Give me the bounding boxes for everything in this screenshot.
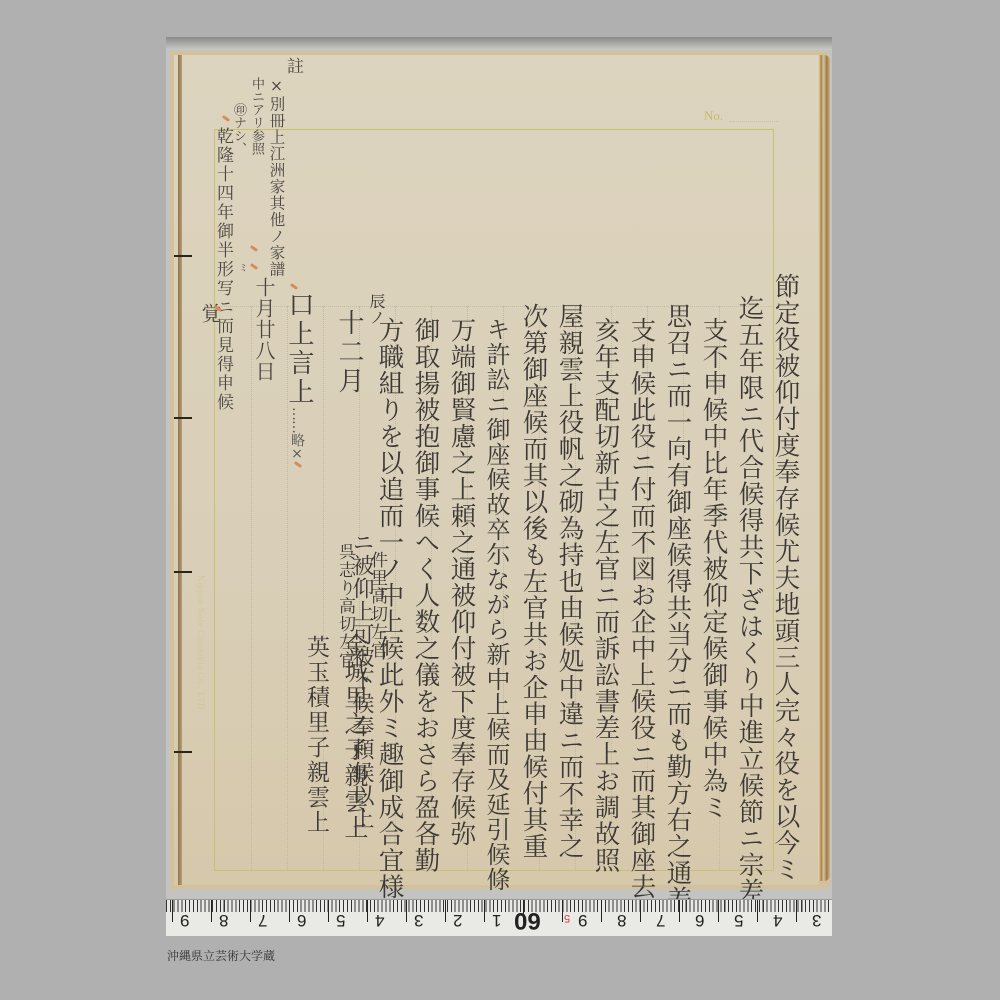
ruler-major-tick [796,900,797,922]
ruler-number: 8 [219,910,228,930]
manuscript-photo: No. Nippon Note Columbia Co., LTD. [166,37,832,935]
text-column: 次第御座候而其以後も左官共お企申由候付其重 [520,303,546,860]
ruler-number: 9 [180,910,189,930]
ruler-major-tick [601,900,602,922]
ruler-number: 3 [414,910,423,930]
page-number-line [729,121,779,122]
collection-caption: 沖縄県立芸術大学蔵 [167,947,275,964]
ruler-number: 7 [656,910,665,930]
binding-spine [178,55,182,885]
text-column: 方職組りを以追而一ノ中上候此外ミ趣御成合宜様 [376,317,402,900]
month: 十二月 [336,309,362,396]
text-column: 御取揚被抱御事候へく人数之儀をおさら盈各勤 [412,317,438,874]
ruler-major-tick [289,900,290,922]
ruler-number: 8 [617,910,626,930]
ruler-major-tick [757,900,758,922]
text-column: ニ被仰上可被下候奉頼候以上 [350,531,372,830]
ruler-number-highlight: 60 [514,906,541,934]
photo-top-band [166,37,832,50]
small-mark: ミ [237,263,246,272]
ruler-number: 3 [812,910,821,930]
ruler-major-tick [367,900,368,922]
ruler-number: 2 [453,910,462,930]
binding-stitch [174,255,192,257]
binding-stitch [174,751,192,753]
title-heading: 口上言上 [286,291,312,407]
notebook: No. Nippon Note Columbia Co., LTD. [170,51,830,889]
text-column: 万端御賢慮之上頼之通被仰付被下度奉存候弥 [448,317,474,847]
ruler-major-tick [679,900,680,922]
ruler-number: 4 [375,910,384,930]
text-column: 支申候此役ニ付而不図お企中上候役ニ而其御座去 [628,317,654,900]
ruler-major-tick [640,900,641,922]
note-heading: 註 [284,57,301,74]
date-annotation: 十月廿八日 [254,277,274,382]
binding-stitch [174,417,192,419]
ruler-major-tick [172,900,173,922]
text-column: 亥年支配切新古之左官ニ而訴訟書差上お調故照 [592,317,618,874]
ruler-major-tick [445,900,446,922]
publisher-imprint: Nippon Note Columbia Co., LTD. [196,575,206,713]
text-column: 迄五年限ニ代合候得共下ざはくり中進立候節ニ宗差 [736,295,762,905]
text-column: キ許訟ニ御座候故卒尓ながら新中上候而及延引候條 [484,317,508,892]
ruler-major-tick [328,900,329,922]
red-mark [222,115,230,122]
binding-stitch [174,571,192,573]
ruler-major-tick [250,900,251,922]
measuring-ruler: 9 8 7 6 5 4 3 2 1 60 5 9 8 7 6 5 4 3 [166,899,832,936]
ruler-major-tick [406,900,407,922]
note-line-1: ×別冊上江洲家其他ノ家譜 [268,77,284,278]
text-column: 思召ニ而一向有御座候得共当分ニ而も勤方右之通差 [664,303,690,913]
ruler-number: 1 [492,910,501,930]
text-column: 支不申候中比年季代被仰定候御事候中為ミ [700,317,726,821]
ruler-major-tick [562,900,563,922]
signer-2: 英玉積里子親雲上 [304,635,327,835]
ruler-number: 4 [773,910,782,930]
notebook-page: No. Nippon Note Columbia Co., LTD. [174,55,818,885]
text-column: 屋親雲上役帆之砌為持也由候処中違ニ而不幸之 [556,303,582,860]
note-line-4: 乾隆十四年御半形写ニ而見得申候 [214,127,231,412]
ruled-line [251,306,252,870]
ruler-number: 9 [578,910,587,930]
ruler-number: 6 [695,910,704,930]
ruler-number: 6 [297,910,306,930]
ruler-major-tick [484,900,485,922]
note-line-3: ㊞ナシ、 [232,103,245,155]
ruler-number-red: 5 [564,912,570,924]
ruler-number: 7 [258,910,267,930]
text-column: 節定役被仰付度奉存候尤夫地頭三人完々役を以今ミ [772,273,798,883]
note-line-2: 中ニアリ参照 [250,77,263,155]
omitted-mark: ……略× [290,407,304,461]
ruler-number: 5 [734,910,743,930]
ruler-number: 5 [336,910,345,930]
ruler-major-tick [718,900,719,922]
page-number-label: No. [704,108,723,124]
ruler-major-tick [211,900,212,922]
